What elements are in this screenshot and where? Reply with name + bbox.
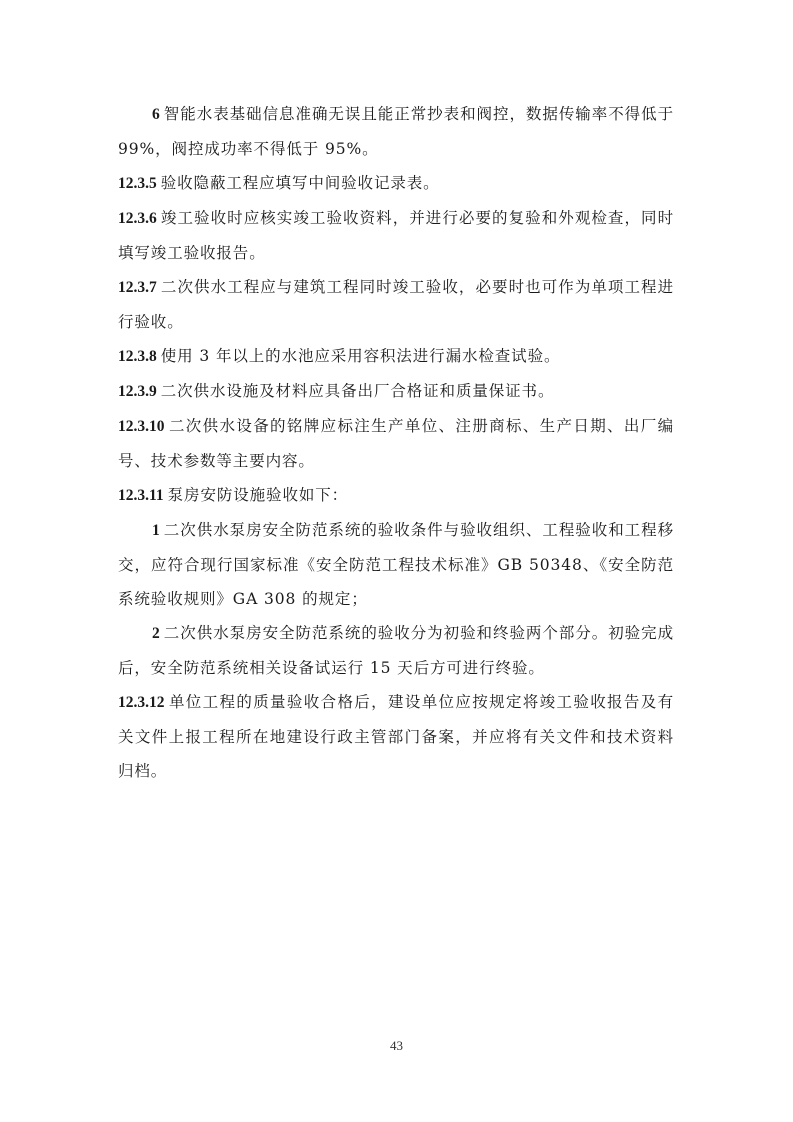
clause-number: 12.3.7 <box>118 279 157 296</box>
clause-12-3-8: 12.3.8使用 3 年以上的水池应采用容积法进行漏水检查试验。 <box>118 339 674 374</box>
clause-text: 二次供水设施及材料应具备出厂合格证和质量保证书。 <box>161 382 555 400</box>
clause-12-3-11: 12.3.11泵房安防设施验收如下： <box>118 478 674 513</box>
clause-12-3-6: 12.3.6竣工验收时应核实竣工验收资料，并进行必要的复验和外观检查，同时填写竣… <box>118 201 674 270</box>
clause-text: 泵房安防设施验收如下： <box>168 486 348 504</box>
clause-number: 12.3.6 <box>118 210 157 227</box>
item-1: 1二次供水泵房安全防范系统的验收条件与验收组织、工程验收和工程移交，应符合现行国… <box>118 513 674 616</box>
item-text: 智能水表基础信息准确无误且能正常抄表和阀控，数据传输率不得低于99%，阀控成功率… <box>118 105 674 158</box>
clause-number: 12.3.12 <box>118 694 165 711</box>
clause-number: 12.3.10 <box>118 418 165 435</box>
clause-12-3-9: 12.3.9二次供水设施及材料应具备出厂合格证和质量保证书。 <box>118 374 674 409</box>
page-number: 43 <box>0 1038 793 1054</box>
document-body: 6智能水表基础信息准确无误且能正常抄表和阀控，数据传输率不得低于99%，阀控成功… <box>118 97 674 788</box>
clause-12-3-5: 12.3.5验收隐蔽工程应填写中间验收记录表。 <box>118 166 674 201</box>
clause-12-3-10: 12.3.10二次供水设备的铭牌应标注生产单位、注册商标、生产日期、出厂编号、技… <box>118 409 674 478</box>
item-6: 6智能水表基础信息准确无误且能正常抄表和阀控，数据传输率不得低于99%，阀控成功… <box>118 97 674 166</box>
item-number: 2 <box>152 625 160 642</box>
clause-text: 单位工程的质量验收合格后，建设单位应按规定将竣工验收报告及有关文件上报工程所在地… <box>118 693 674 780</box>
clause-text: 验收隐蔽工程应填写中间验收记录表。 <box>161 174 440 192</box>
clause-12-3-12: 12.3.12单位工程的质量验收合格后，建设单位应按规定将竣工验收报告及有关文件… <box>118 685 674 788</box>
item-number: 6 <box>152 106 160 123</box>
clause-number: 12.3.5 <box>118 175 157 192</box>
clause-number: 12.3.8 <box>118 348 157 365</box>
clause-text: 二次供水工程应与建筑工程同时竣工验收，必要时也可作为单项工程进行验收。 <box>118 278 674 331</box>
item-text: 二次供水泵房安全防范系统的验收分为初验和终验两个部分。初验完成后，安全防范系统相… <box>118 624 674 677</box>
item-2: 2二次供水泵房安全防范系统的验收分为初验和终验两个部分。初验完成后，安全防范系统… <box>118 616 674 685</box>
clause-number: 12.3.11 <box>118 487 164 504</box>
clause-text: 使用 3 年以上的水池应采用容积法进行漏水检查试验。 <box>161 347 561 365</box>
item-text: 二次供水泵房安全防范系统的验收条件与验收组织、工程验收和工程移交，应符合现行国家… <box>118 521 674 608</box>
clause-text: 二次供水设备的铭牌应标注生产单位、注册商标、生产日期、出厂编号、技术参数等主要内… <box>118 417 674 470</box>
item-number: 1 <box>152 522 160 539</box>
clause-number: 12.3.9 <box>118 383 157 400</box>
clause-text: 竣工验收时应核实竣工验收资料，并进行必要的复验和外观检查，同时填写竣工验收报告。 <box>118 209 674 262</box>
clause-12-3-7: 12.3.7二次供水工程应与建筑工程同时竣工验收，必要时也可作为单项工程进行验收… <box>118 270 674 339</box>
